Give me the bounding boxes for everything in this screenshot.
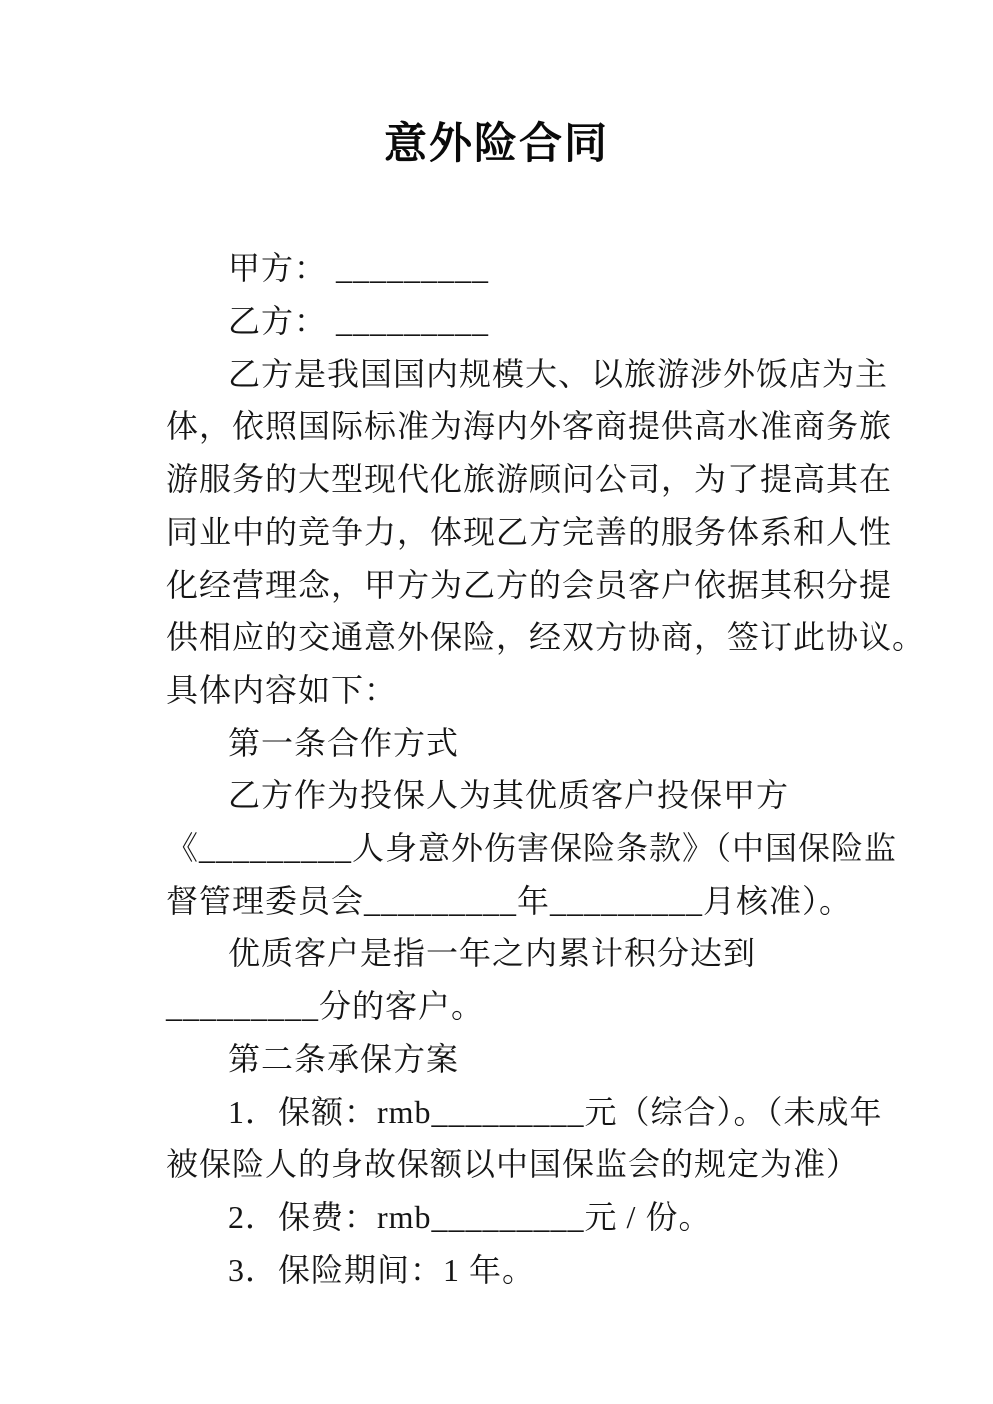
article1-line: _________分的客户。 (166, 980, 850, 1033)
intro-line: 具体内容如下： (166, 664, 850, 717)
article1-line: 乙方作为投保人为其优质客户投保甲方 (166, 769, 850, 822)
party-a-line: 甲方： _________ (166, 242, 850, 295)
intro-line: 同业中的竞争力，体现乙方完善的服务体系和人性 (166, 506, 850, 559)
article2-item3-line: 3．保险期间：1 年。 (166, 1244, 850, 1297)
intro-line: 体，依照国际标准为海内外客商提供高水准商务旅 (166, 400, 850, 453)
party-b-line: 乙方： _________ (166, 295, 850, 348)
article1-line: 《_________人身意外伤害保险条款》（中国保险监 (166, 822, 850, 875)
intro-line: 游服务的大型现代化旅游顾问公司，为了提高其在 (166, 453, 850, 506)
article2-item1-line: 被保险人的身故保额以中国保监会的规定为准） (166, 1138, 850, 1191)
article2-item2-line: 2．保费：rmb_________元 / 份。 (166, 1191, 850, 1244)
article2-heading: 第二条承保方案 (166, 1033, 850, 1086)
article1-line: 督管理委员会_________年_________月核准）。 (166, 875, 850, 928)
document-body: 甲方： _________ 乙方： _________ 乙方是我国国内规模大、以… (166, 242, 850, 1296)
article2-item1-line: 1．保额：rmb_________元（综合）。（未成年 (166, 1086, 850, 1139)
intro-line: 化经营理念，甲方为乙方的会员客户依据其积分提 (166, 559, 850, 612)
document-title: 意外险合同 (0, 0, 993, 168)
article1-line: 优质客户是指一年之内累计积分达到 (166, 927, 850, 980)
article1-heading: 第一条合作方式 (166, 717, 850, 770)
intro-line: 乙方是我国国内规模大、以旅游涉外饭店为主 (166, 348, 850, 401)
intro-line: 供相应的交通意外保险，经双方协商，签订此协议。 (166, 611, 850, 664)
contract-document-page: 意外险合同 甲方： _________ 乙方： _________ 乙方是我国国… (0, 0, 993, 1404)
